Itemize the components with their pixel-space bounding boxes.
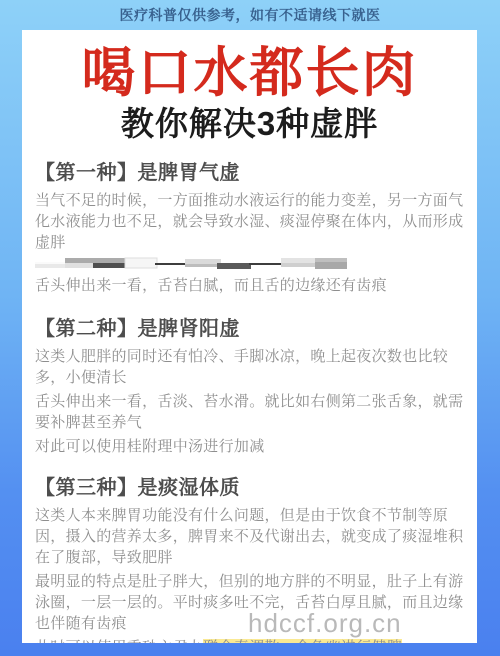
section-3-heading: 【第三种】是痰湿体质 [35, 477, 464, 499]
section-spleen-stomach-qi-deficiency: 【第一种】是脾胃气虚 当气不足的时候，一方面推动水液运行的能力变差，另一方面气化… [35, 162, 464, 296]
section-spleen-kidney-yang-deficiency: 【第二种】是脾肾阳虚 这类人肥胖的同时还有怕冷、手脚冰凉，晚上起夜次数也比较多，… [35, 318, 464, 457]
site-watermark: hdccf.org.cn [248, 608, 402, 639]
section-2-tongue-note: 舌头伸出来一看，舌淡、苔水滑。就比如右侧第二张舌象，就需要补脾甚至养气 [35, 391, 464, 433]
section-1-tongue-note: 舌头伸出来一看，舌苔白腻，而且舌的边缘还有齿痕 [35, 275, 464, 296]
section-3-paragraph: 这类人本来脾胃功能没有什么问题，但是由于饮食不节制等原因，摄入的营养太多，脾胃来… [35, 505, 464, 568]
section-2-remedy: 对此可以使用桂附理中汤进行加减 [35, 436, 464, 457]
page-title: 喝口水都长肉 [35, 44, 464, 102]
content-card: 喝口水都长肉 教你解决3种虚胖 【第一种】是脾胃气虚 当气不足的时候，一方面推动… [22, 30, 477, 643]
section-1-paragraph: 当气不足的时候，一方面推动水液运行的能力变差，另一方面气化水液能力也不足，就会导… [35, 190, 464, 253]
corrupted-image-strip [35, 256, 347, 271]
section-2-heading: 【第二种】是脾肾阳虚 [35, 318, 464, 340]
medical-disclaimer-banner: 医疗科普仅供参考，如有不适请线下就医 [0, 0, 500, 30]
section-1-heading: 【第一种】是脾胃气虚 [35, 162, 464, 184]
page-subtitle: 教你解决3种虚胖 [35, 104, 464, 144]
remedy-highlighted-text: 联合泰渭散，金免幽进行健脾 [203, 639, 402, 643]
section-2-paragraph: 这类人肥胖的同时还有怕冷、手脚冰凉，晚上起夜次数也比较多，小便清长 [35, 346, 464, 388]
remedy-prefix-text: 此时可以使用香砂六君丸 [35, 639, 203, 643]
